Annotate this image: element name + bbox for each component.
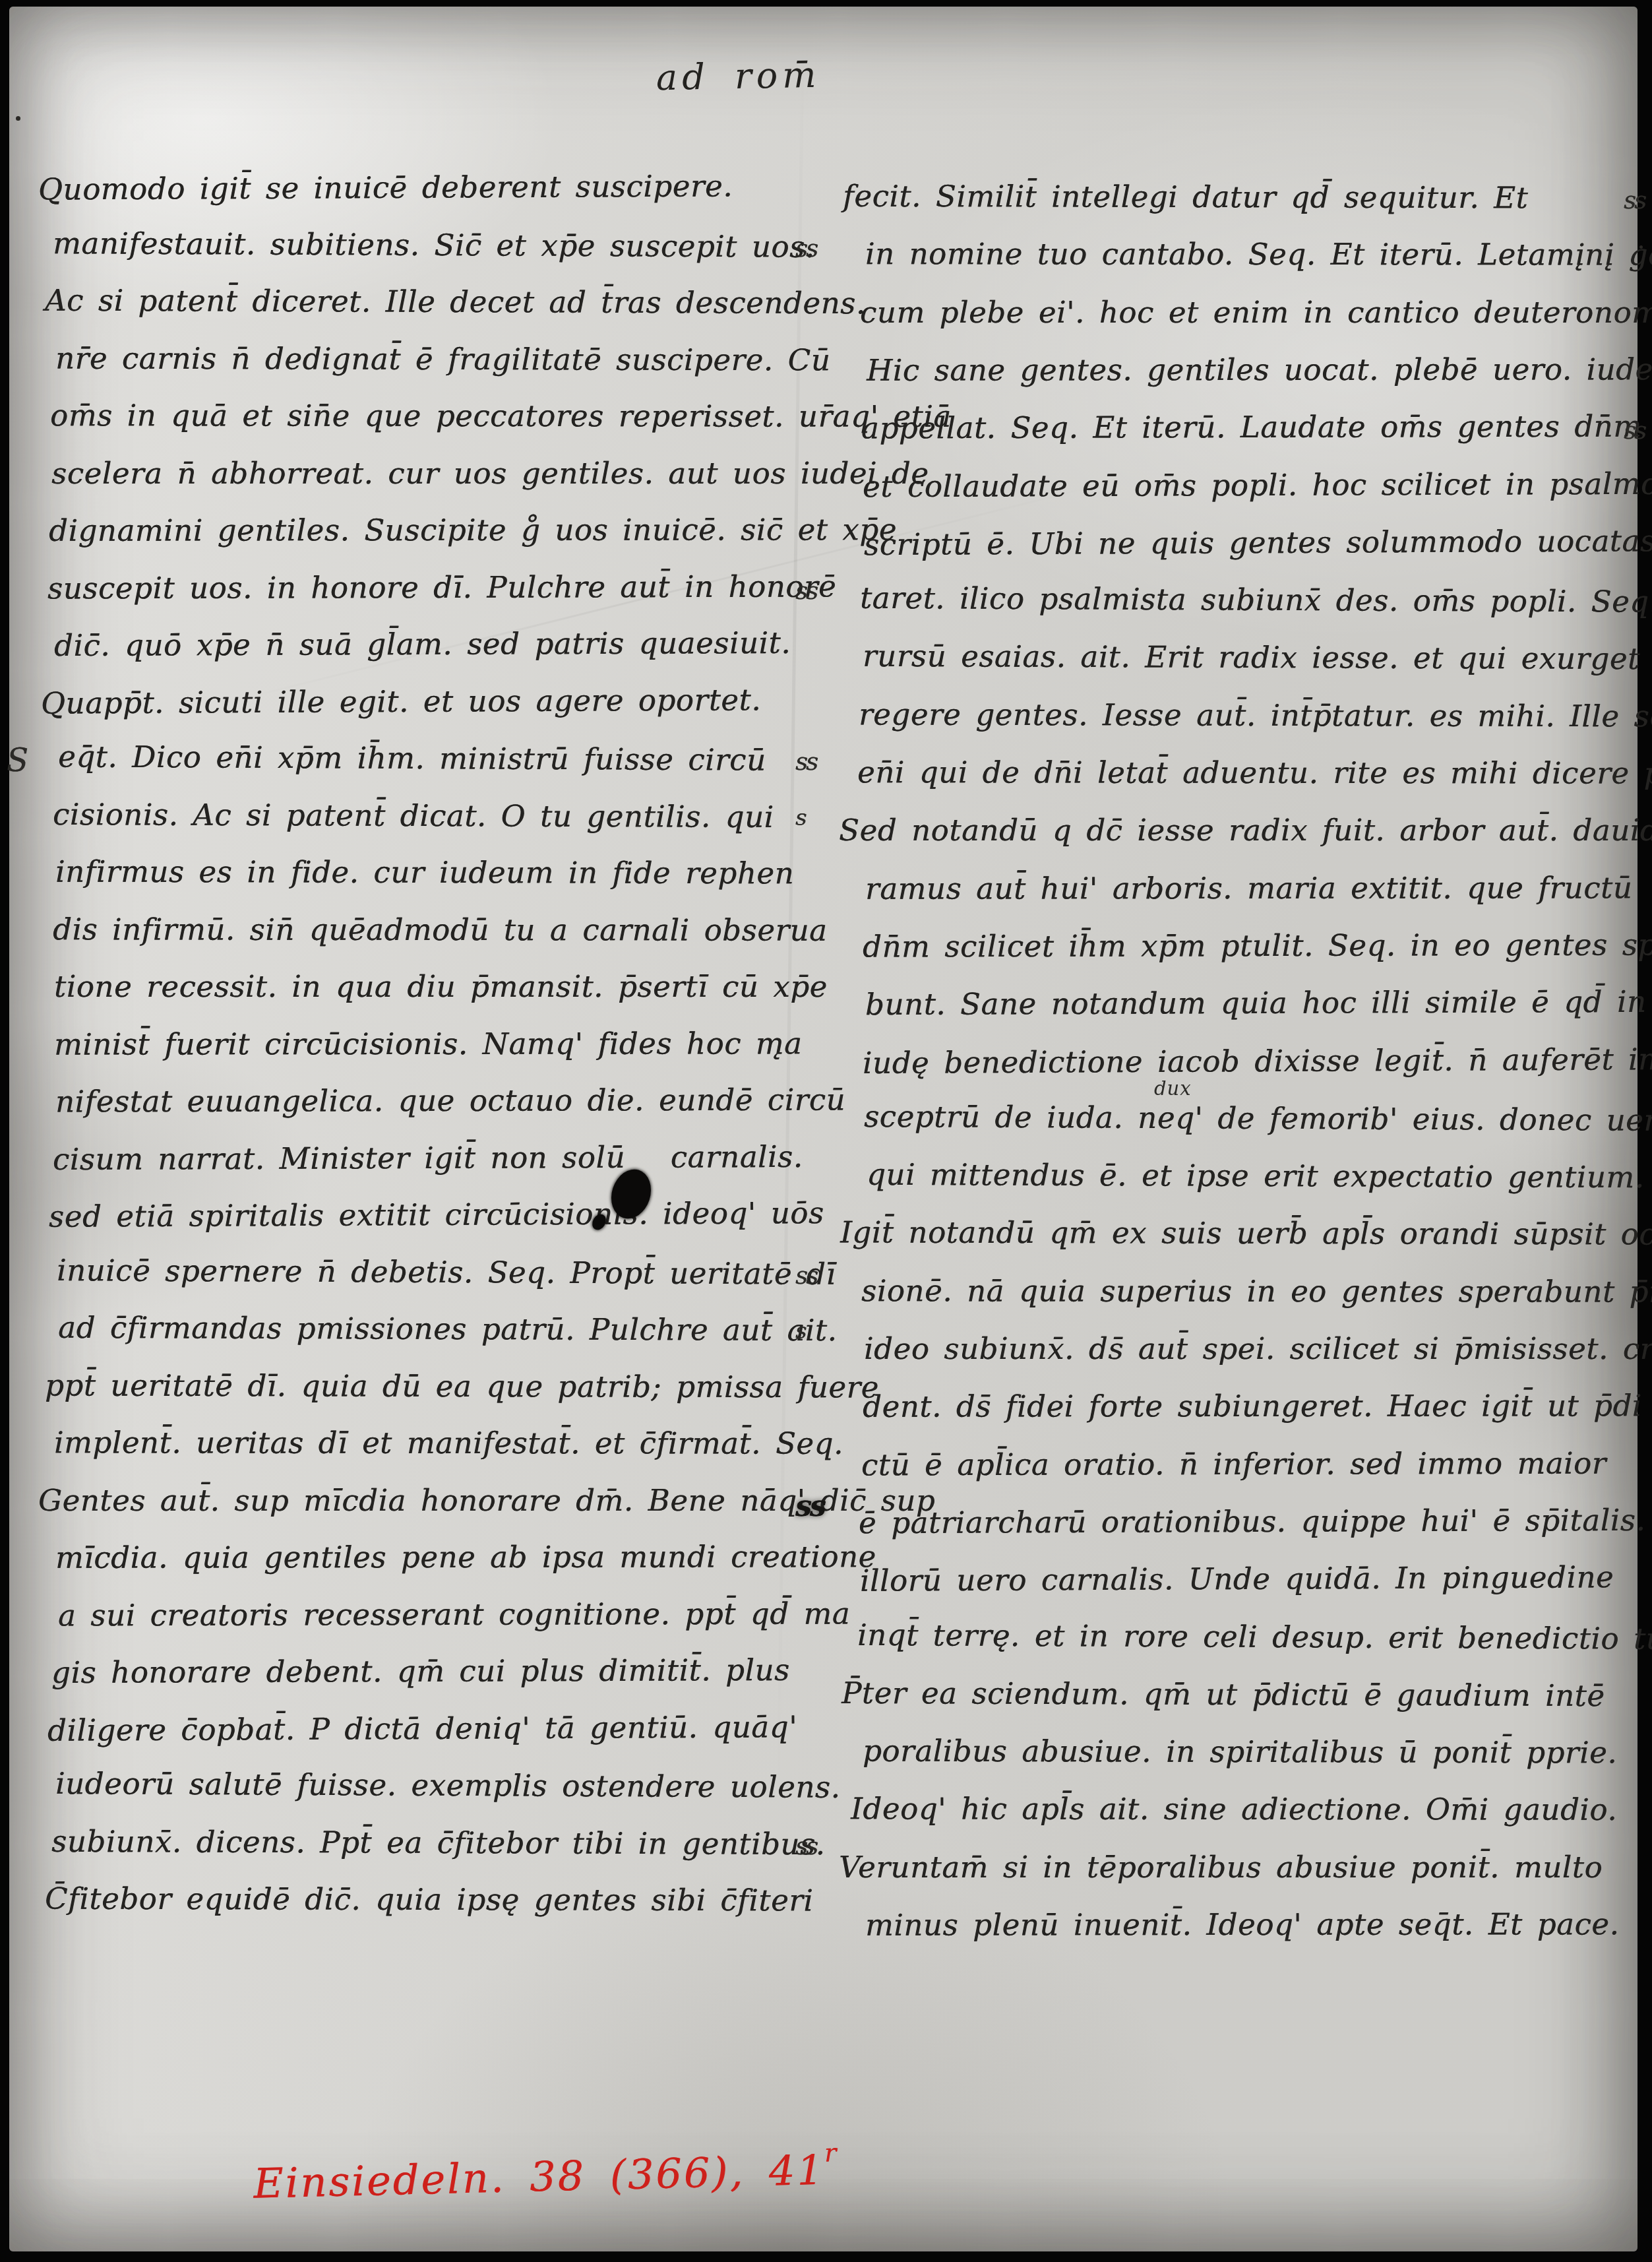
manuscript-line-right-23: ctū ē apl̄ica oratio. n̄ inferior. sed i… <box>861 1448 1606 1480</box>
manuscript-photo-page: ad rom̄ Quomodo igit̄ se inuicē deberent… <box>0 0 1652 2262</box>
manuscript-line-left-6: scelera n̄ abhorreat. cur uos gentiles. … <box>51 458 929 488</box>
manuscript-line-right-19: Igit̄ notandū qm̄ ex suis uerb̄ apl̄s or… <box>840 1218 1652 1249</box>
manuscript-line-left-29: iudeorū salutē fuisse. exemplis ostender… <box>55 1769 841 1802</box>
manuscript-line-left-3: Ac si patent̄ diceret. Ille decet ad t̄r… <box>45 286 866 319</box>
manuscript-line-left-7: dignamini gentiles. Suscipite g̊ uos inu… <box>49 515 897 546</box>
manuscript-line-left-30: subiunx̄. dicens. Ppt̄ ea c̄fitebor tibi… <box>51 1826 826 1858</box>
manuscript-line-right-7: scriptū ē. Ubi ne quis gentes solummodo … <box>864 526 1652 559</box>
manuscript-line-left-20: inuicē spernere n̄ debetis. Seq. Propt̄ … <box>57 1255 836 1289</box>
manuscript-line-right-25: illorū uero carnalis. Unde quidā. In pin… <box>860 1562 1614 1596</box>
manuscript-line-right-28: poralibus abusiue. in spiritalibus ū pon… <box>863 1736 1617 1768</box>
manuscript-line-left-17: nifestat euuangelica. que octauo die. eu… <box>55 1085 845 1117</box>
manuscript-line-left-18: cisum narrat. Minister igit̄ non solū ca… <box>53 1141 803 1174</box>
manuscript-line-left-16: minist̄ fuerit circūcisionis. Namq' fide… <box>54 1028 803 1059</box>
manuscript-line-right-21: ideo subiunx̄. ds̄ aut̄ spei. scilicet s… <box>864 1334 1652 1364</box>
manuscript-line-right-15: bunt. Sane notandum quia hoc illi simile… <box>865 987 1647 1019</box>
margin-mark: ss <box>795 577 816 605</box>
manuscript-line-right-20: sionē. nā quia superius in eo gentes spe… <box>861 1276 1652 1307</box>
margin-mark: S <box>7 742 28 779</box>
text-column-right: fecit. Similit̄ intellegi datur qd̄ sequ… <box>839 182 1628 1950</box>
manuscript-line-right-2: in nomine tuo cantabo. Seq. Et iterū. Le… <box>865 239 1652 270</box>
manuscript-line-left-9: dic̄. quō xp̄e n̄ suā gl̄am. sed patris … <box>54 628 791 660</box>
manuscript-line-right-16: iudę benedictione iacob dixisse legit̄. … <box>863 1044 1652 1077</box>
margin-mark: ss <box>1624 416 1645 445</box>
manuscript-line-right-17: sceptrū de iuda. neq' de femorib' eius. … <box>864 1102 1652 1135</box>
manuscript-line-left-26: a sui creatoris recesserant cognitione. … <box>58 1598 850 1630</box>
manuscript-line-right-5: appellat. Seq. Et iterū. Laudate om̄s ge… <box>861 412 1642 443</box>
manuscript-line-right-9: rursū esaias. ait. Erit radix iesse. et … <box>863 641 1640 674</box>
manuscript-line-left-5: om̄s in quā et sin̄e que peccatores repe… <box>50 400 952 431</box>
manuscript-line-right-8: taret. ilico psalmista subiunx̄ des. om̄… <box>860 583 1652 617</box>
manuscript-line-left-21: ad c̄firmandas pmissiones patrū. Pulchre… <box>58 1313 838 1345</box>
manuscript-line-right-24: ē patriarcharū orationibus. quippe hui' … <box>859 1505 1645 1538</box>
manuscript-line-right-10: regere gentes. Iesse aut̄. int̄p̄tatur. … <box>859 699 1652 731</box>
manuscript-line-right-3: cum plebe ei'. hoc et enim in cantico de… <box>860 298 1652 327</box>
manuscript-line-left-27: gis honorare debent. qm̄ cui plus dimiti… <box>51 1655 790 1687</box>
manuscript-line-left-28: diligere c̄opbat̄. P dictā deniq' tā gen… <box>47 1712 797 1745</box>
parchment-speck <box>16 116 20 121</box>
manuscript-line-left-15: tione recessit. in qua diu p̄mansit. p̄s… <box>54 972 828 1001</box>
manuscript-line-left-25: mīcdia. quia gentiles pene ab ipsa mundi… <box>55 1542 876 1573</box>
text-column-left: Quomodo igit̄ se inuicē deberent suscipe… <box>38 173 797 1914</box>
manuscript-line-right-6: et collaudate eū om̄s popli. hoc scilice… <box>863 468 1652 501</box>
manuscript-line-right-22: dent. ds̄ fidei forte subiungeret. Haec … <box>863 1391 1642 1422</box>
manuscript-line-left-4: nr̄e carnis n̄ dedignat̄ ē fragilitatē s… <box>55 343 830 375</box>
margin-mark: ss <box>795 1261 816 1290</box>
manuscript-line-left-19: sed etiā spiritalis extitit circūcisioni… <box>49 1198 824 1232</box>
manuscript-line-left-13: infirmus es in fide. cur iudeum in fide … <box>55 857 794 889</box>
margin-mark: s <box>795 1318 805 1344</box>
margin-mark: s <box>795 805 805 831</box>
manuscript-line-left-11: eq̄t. Dico en̄i xp̄m ih̄m. ministrū fuis… <box>58 741 766 774</box>
manuscript-line-left-22: ppt̄ ueritatē dī. quia dū ea que patrib;… <box>45 1370 879 1402</box>
manuscript-line-right-4: Hic sane gentes. gentiles uocat. plebē u… <box>867 354 1652 385</box>
margin-mark: ss <box>795 234 816 263</box>
manuscript-line-right-13: ramus aut̄ hui' arboris. maria extitit. … <box>865 873 1632 903</box>
margin-mark: ss <box>795 1490 824 1523</box>
manuscript-line-right-30: Veruntam̄ si in tēporalibus abusiue poni… <box>839 1852 1603 1882</box>
manuscript-line-left-10: Quapp̄t. sicuti ille egit. et uos agere … <box>41 685 761 718</box>
manuscript-line-left-8: suscepit uos. in honore dī. Pulchre aut̄… <box>47 571 836 603</box>
margin-mark: ss <box>795 747 816 776</box>
manuscript-line-right-27: P̄ter ea sciendum. qm̄ ut p̄dictū ē gaud… <box>841 1678 1605 1711</box>
manuscript-line-right-1: fecit. Similit̄ intellegi datur qd̄ sequ… <box>843 181 1528 213</box>
manuscript-line-right-18: qui mittendus ē. et ipse erit expectatio… <box>867 1160 1645 1192</box>
manuscript-line-left-31: C̄fitebor equidē dic̄. quia ipsę gentes … <box>45 1884 814 1916</box>
manuscript-line-right-14: dn̄m scilicet ih̄m xp̄m ptulit. Seq. in … <box>863 929 1652 961</box>
margin-mark: ss <box>795 1832 816 1860</box>
manuscript-line-right-31: minus plenū inuenit̄. Ideoq' apte seq̄t.… <box>865 1909 1620 1939</box>
margin-mark: ss <box>1624 186 1645 214</box>
running-title: ad rom̄ <box>656 54 821 98</box>
manuscript-line-left-1: Quomodo igit̄ se inuicē deberent suscipe… <box>38 171 733 204</box>
manuscript-line-right-12: Sed notandū q dc̄ iesse radix fuit. arbo… <box>839 815 1652 845</box>
manuscript-line-right-29: Ideoq' hic apl̄s ait. sine adiectione. O… <box>851 1794 1617 1825</box>
shelfmark-superscript: r <box>824 2138 838 2168</box>
manuscript-line-left-14: dis infirmū. sin̄ quēadmodū tu a carnali… <box>53 914 828 945</box>
manuscript-line-left-12: cisionis. Ac si patent̄ dicat. O tu gent… <box>53 799 774 831</box>
manuscript-line-left-2: manifestauit. subitiens. Sic̄ et xp̄e su… <box>53 228 815 262</box>
interlinear-gloss: dux <box>1154 1077 1192 1100</box>
manuscript-line-right-26: inqt̄ terrę. et in rore celi desup. erit… <box>857 1619 1652 1653</box>
manuscript-line-right-11: en̄i qui de dn̄i letat̄ aduentu. rite es… <box>857 757 1652 788</box>
manuscript-line-left-23: implent̄. ueritas dī et manifestat̄. et … <box>54 1428 843 1458</box>
